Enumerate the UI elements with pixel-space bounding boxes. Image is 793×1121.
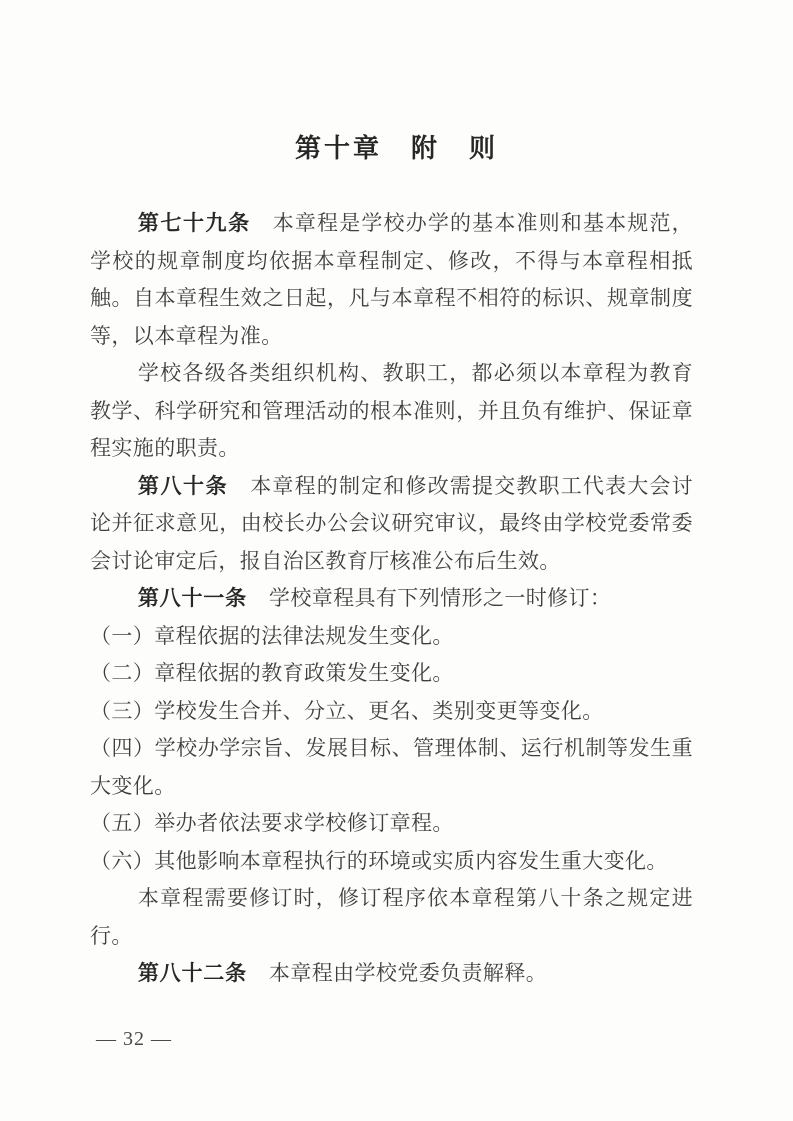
list-item-6: （六）其他影响本章程执行的环境或实质内容发生重大变化。 <box>90 843 693 881</box>
paragraph-article-81: 第八十一条学校章程具有下列情形之一时修订： <box>90 580 693 618</box>
list-item-1: （一）章程依据的法律法规发生变化。 <box>90 618 693 656</box>
list-item-6-text: （六）其他影响本章程执行的环境或实质内容发生重大变化。 <box>90 849 668 873</box>
paragraph-revision-procedure-text: 本章程需要修订时，修订程序依本章程第八十条之规定进行。 <box>90 886 693 948</box>
document-body: 第七十九条本章程是学校办学的基本准则和基本规范，学校的规章制度均依据本章程制定、… <box>90 205 693 993</box>
paragraph-revision-procedure: 本章程需要修订时，修订程序依本章程第八十条之规定进行。 <box>90 880 693 955</box>
list-item-5: （五）举办者依法要求学校修订章程。 <box>90 805 693 843</box>
list-item-4: （四）学校办学宗旨、发展目标、管理体制、运行机制等发生重大变化。 <box>90 730 693 805</box>
article-82-text: 本章程由学校党委负责解释。 <box>269 961 547 985</box>
article-79-label: 第七十九条 <box>138 212 251 235</box>
article-81-text: 学校章程具有下列情形之一时修订： <box>269 586 611 610</box>
chapter-title: 第十章 附 则 <box>0 130 793 166</box>
list-item-3: （三）学校发生合并、分立、更名、类别变更等变化。 <box>90 693 693 731</box>
page-number: — 32 — <box>96 1025 172 1053</box>
paragraph-article-79: 第七十九条本章程是学校办学的基本准则和基本规范，学校的规章制度均依据本章程制定、… <box>90 205 693 355</box>
list-item-5-text: （五）举办者依法要求学校修订章程。 <box>90 811 454 835</box>
list-item-1-text: （一）章程依据的法律法规发生变化。 <box>90 624 454 648</box>
paragraph-obligation: 学校各级各类组织机构、教职工，都必须以本章程为教育教学、科学研究和管理活动的根本… <box>90 355 693 468</box>
article-82-label: 第八十二条 <box>138 962 247 985</box>
paragraph-article-82: 第八十二条本章程由学校党委负责解释。 <box>90 955 693 993</box>
document-page: 第十章 附 则 第七十九条本章程是学校办学的基本准则和基本规范，学校的规章制度均… <box>0 0 793 1121</box>
list-item-2-text: （二）章程依据的教育政策发生变化。 <box>90 661 454 685</box>
list-item-4-text: （四）学校办学宗旨、发展目标、管理体制、运行机制等发生重大变化。 <box>90 736 693 798</box>
list-item-2: （二）章程依据的教育政策发生变化。 <box>90 655 693 693</box>
paragraph-article-80: 第八十条本章程的制定和修改需提交教职工代表大会讨论并征求意见，由校长办公会议研究… <box>90 468 693 581</box>
article-80-label: 第八十条 <box>138 475 228 498</box>
paragraph-obligation-text: 学校各级各类组织机构、教职工，都必须以本章程为教育教学、科学研究和管理活动的根本… <box>90 361 693 460</box>
list-item-3-text: （三）学校发生合并、分立、更名、类别变更等变化。 <box>90 699 604 723</box>
article-81-label: 第八十一条 <box>138 587 247 610</box>
